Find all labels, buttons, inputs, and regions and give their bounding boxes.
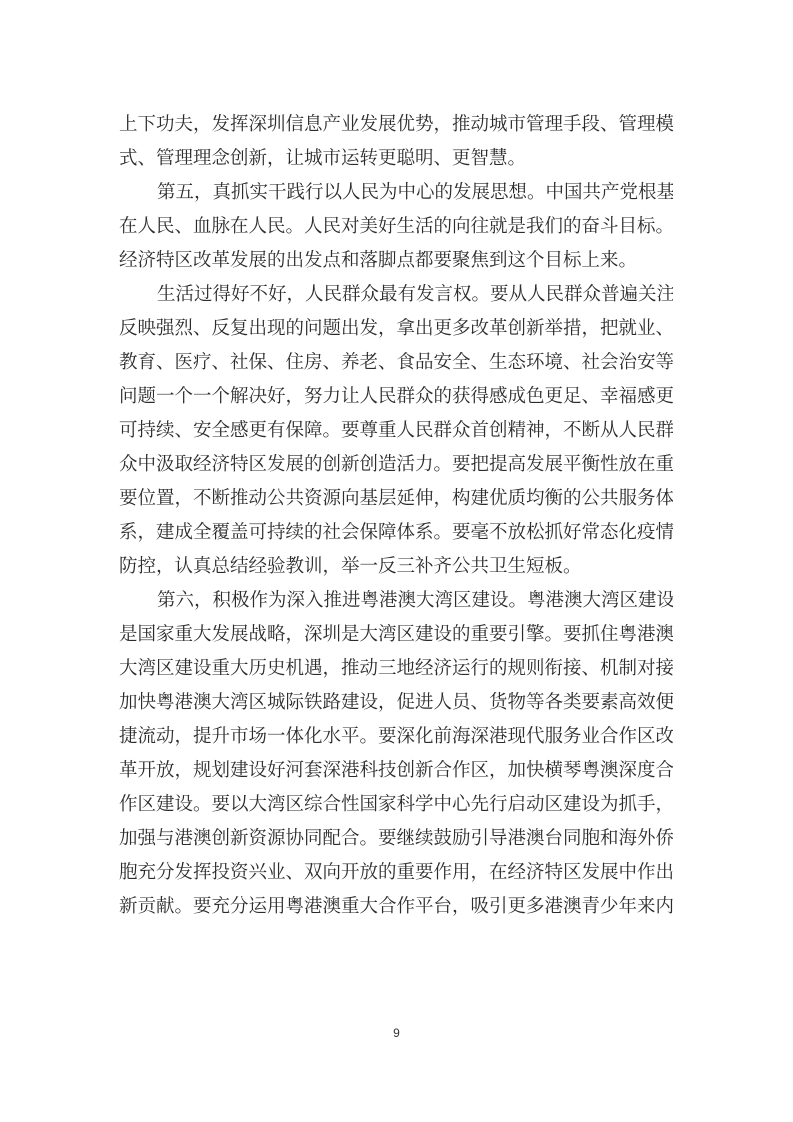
text-line: 捷流动，提升市场一体化水平。要深化前海深港现代服务业合作区改 (119, 720, 673, 754)
text-line: 革开放，规划建设好河套深港科技创新合作区，加快横琴粤澳深度合 (119, 754, 673, 788)
page-number: 9 (0, 1026, 793, 1040)
text-line: 问题一个一个解决好，努力让人民群众的获得感成色更足、幸福感更 (119, 380, 673, 414)
text-line: 作区建设。要以大湾区综合性国家科学中心先行启动区建设为抓手， (119, 788, 673, 822)
text-line: 是国家重大发展战略，深圳是大湾区建设的重要引擎。要抓住粤港澳 (119, 618, 673, 652)
text-line: 在人民、血脉在人民。人民对美好生活的向往就是我们的奋斗目标。 (119, 210, 673, 244)
text-line: 第六，积极作为深入推进粤港澳大湾区建设。粤港澳大湾区建设 (119, 584, 673, 618)
text-line: 要位置，不断推动公共资源向基层延伸，构建优质均衡的公共服务体 (119, 482, 673, 516)
document-page: 上下功夫，发挥深圳信息产业发展优势，推动城市管理手段、管理模 式、管理理念创新，… (0, 0, 793, 1122)
text-line: 加强与港澳创新资源协同配合。要继续鼓励引导港澳台同胞和海外侨 (119, 822, 673, 856)
text-line: 众中汲取经济特区发展的创新创造活力。要把提高发展平衡性放在重 (119, 448, 673, 482)
text-line: 上下功夫，发挥深圳信息产业发展优势，推动城市管理手段、管理模 (119, 108, 673, 142)
text-line: 胞充分发挥投资兴业、双向开放的重要作用，在经济特区发展中作出 (119, 856, 673, 890)
text-line: 加快粤港澳大湾区城际铁路建设，促进人员、货物等各类要素高效便 (119, 686, 673, 720)
body-text: 上下功夫，发挥深圳信息产业发展优势，推动城市管理手段、管理模 式、管理理念创新，… (119, 108, 673, 924)
text-line: 经济特区改革发展的出发点和落脚点都要聚焦到这个目标上来。 (119, 244, 673, 278)
text-line: 第五，真抓实干践行以人民为中心的发展思想。中国共产党根基 (119, 176, 673, 210)
text-line: 教育、医疗、社保、住房、养老、食品安全、生态环境、社会治安等 (119, 346, 673, 380)
text-line: 生活过得好不好，人民群众最有发言权。要从人民群众普遍关注、 (119, 278, 673, 312)
text-line: 防控，认真总结经验教训，举一反三补齐公共卫生短板。 (119, 550, 673, 584)
text-line: 新贡献。要充分运用粤港澳重大合作平台，吸引更多港澳青少年来内 (119, 890, 673, 924)
text-line: 可持续、安全感更有保障。要尊重人民群众首创精神，不断从人民群 (119, 414, 673, 448)
text-line: 系，建成全覆盖可持续的社会保障体系。要毫不放松抓好常态化疫情 (119, 516, 673, 550)
text-line: 反映强烈、反复出现的问题出发，拿出更多改革创新举措，把就业、 (119, 312, 673, 346)
text-line: 大湾区建设重大历史机遇，推动三地经济运行的规则衔接、机制对接， (119, 652, 673, 686)
text-line: 式、管理理念创新，让城市运转更聪明、更智慧。 (119, 142, 673, 176)
